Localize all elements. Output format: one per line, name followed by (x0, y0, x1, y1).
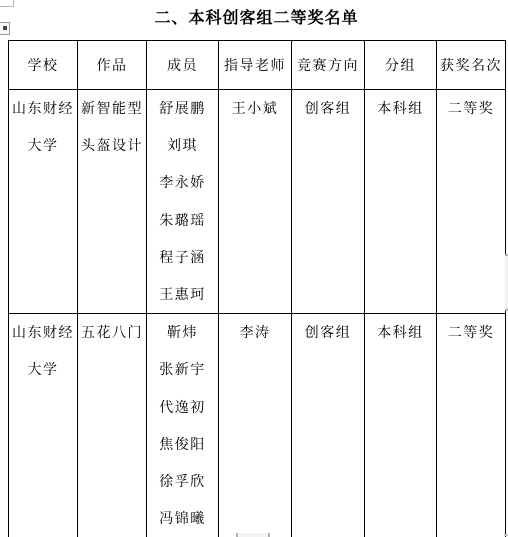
cell-advisor: 王小斌 (219, 90, 292, 314)
cell-award: 二等奖 (437, 314, 506, 537)
member-name: 靳炜 (147, 314, 218, 351)
col-header-group: 分组 (365, 41, 437, 90)
cell-group: 本科组 (365, 90, 437, 314)
work-line: 新智能型 (78, 90, 146, 127)
award-value: 二等奖 (437, 90, 505, 127)
document-page: 二、本科创客组二等奖名单 学校 作品 成员 指导老师 竞赛方向 分组 获奖名次 … (0, 0, 508, 537)
group-value: 本科组 (365, 314, 436, 351)
member-name: 张新宇 (147, 351, 218, 388)
col-header-direction: 竞赛方向 (292, 41, 365, 90)
awards-table: 学校 作品 成员 指导老师 竞赛方向 分组 获奖名次 山东财经 大学 新智能型 … (8, 40, 506, 537)
header-row: 学校 作品 成员 指导老师 竞赛方向 分组 获奖名次 (9, 41, 506, 90)
direction-value: 创客组 (292, 90, 364, 127)
school-line: 山东财经 (9, 90, 77, 127)
member-name: 程子涵 (147, 239, 218, 276)
cell-award: 二等奖 (437, 90, 506, 314)
member-name: 徐孚欣 (147, 463, 218, 500)
work-line: 五花八门 (78, 314, 146, 351)
scrollbar-corner-fragment (504, 534, 508, 536)
handle-dot-icon (3, 26, 7, 30)
table-row: 山东财经 大学 五花八门 靳炜 张新宇 代逸初 焦俊阳 徐孚欣 冯锦曦 李涛 (9, 314, 506, 537)
member-name: 冯锦曦 (147, 500, 218, 537)
cell-members: 靳炜 张新宇 代逸初 焦俊阳 徐孚欣 冯锦曦 (147, 314, 219, 537)
cell-advisor: 李涛 (219, 314, 292, 537)
school-line: 大学 (9, 127, 77, 164)
cell-direction: 创客组 (292, 90, 365, 314)
col-header-members: 成员 (147, 41, 219, 90)
direction-value: 创客组 (292, 314, 364, 351)
page-title: 二、本科创客组二等奖名单 (8, 8, 505, 30)
cell-work: 五花八门 (78, 314, 147, 537)
member-name: 刘琪 (147, 127, 218, 164)
group-value: 本科组 (365, 90, 436, 127)
member-name: 王惠珂 (147, 276, 218, 313)
advisor-name: 李涛 (219, 314, 291, 351)
table-row: 山东财经 大学 新智能型 头盔设计 舒展鹏 刘琪 李永娇 朱璐瑶 程子涵 王惠珂… (9, 90, 506, 314)
cell-school: 山东财经 大学 (9, 90, 78, 314)
cell-members: 舒展鹏 刘琪 李永娇 朱璐瑶 程子涵 王惠珂 (147, 90, 219, 314)
col-header-award: 获奖名次 (437, 41, 506, 90)
work-line: 头盔设计 (78, 127, 146, 164)
cell-group: 本科组 (365, 314, 437, 537)
member-name: 朱璐瑶 (147, 202, 218, 239)
school-line: 大学 (9, 351, 77, 388)
member-name: 舒展鹏 (147, 90, 218, 127)
award-value: 二等奖 (437, 314, 505, 351)
member-name: 代逸初 (147, 389, 218, 426)
cell-direction: 创客组 (292, 314, 365, 537)
advisor-name: 王小斌 (219, 90, 291, 127)
cell-school: 山东财经 大学 (9, 314, 78, 537)
col-header-school: 学校 (9, 41, 78, 90)
col-header-advisor: 指导老师 (219, 41, 292, 90)
horizontal-scrollbar-thumb[interactable] (236, 533, 270, 537)
cell-work: 新智能型 头盔设计 (78, 90, 147, 314)
window-corner-fragment (0, 0, 14, 7)
member-name: 焦俊阳 (147, 426, 218, 463)
member-name: 李永娇 (147, 164, 218, 201)
school-line: 山东财经 (9, 314, 77, 351)
col-header-work: 作品 (78, 41, 147, 90)
